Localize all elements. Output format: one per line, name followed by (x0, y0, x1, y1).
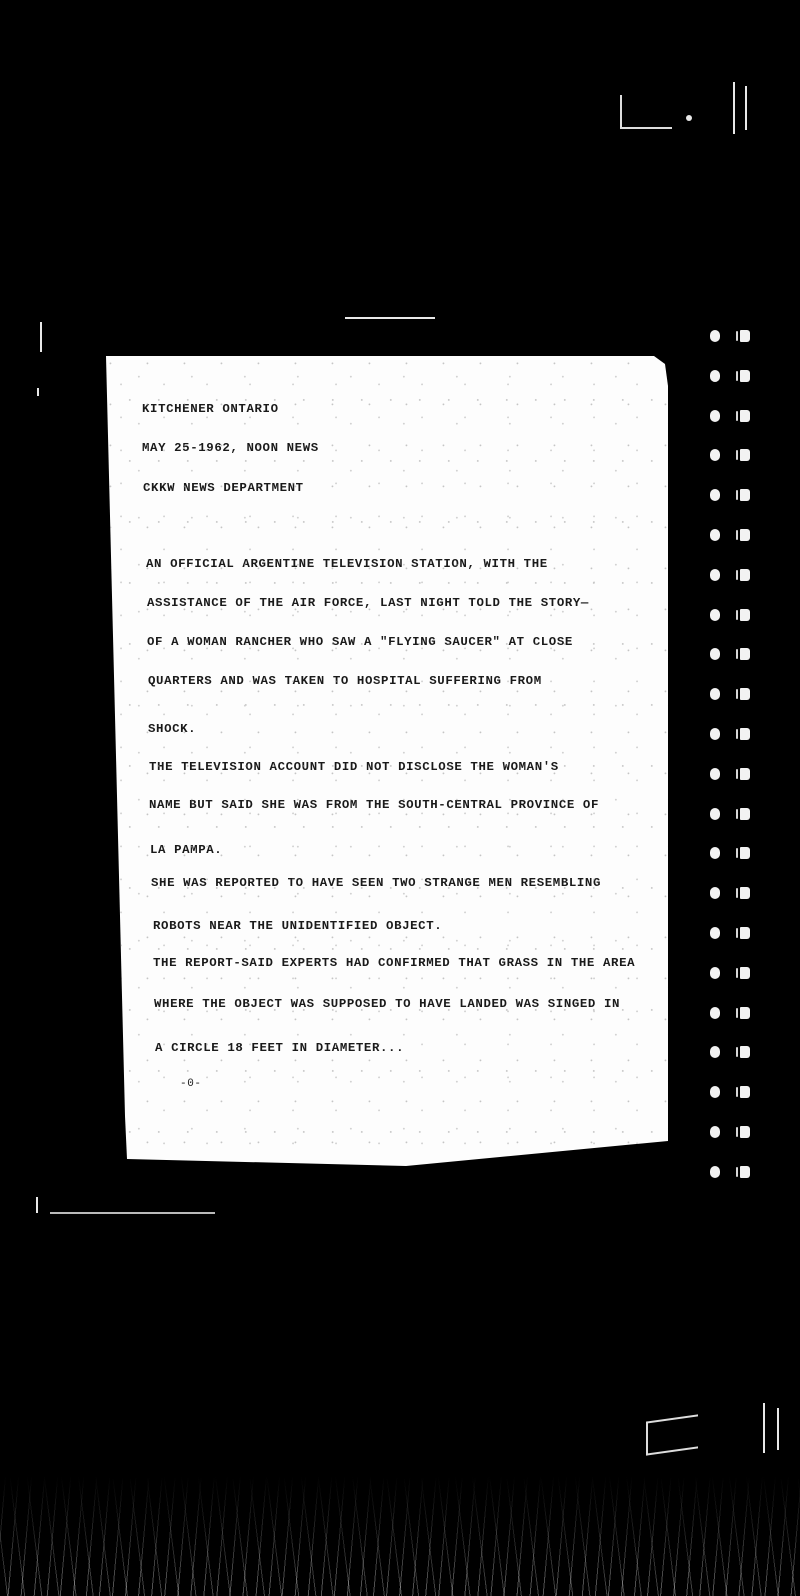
body-line-5: SHOCK. (148, 722, 196, 736)
body-line-8: LA PAMPA. (150, 843, 222, 857)
header-location: KITCHENER ONTARIO (142, 402, 279, 416)
film-speck-top (686, 115, 692, 121)
film-scratch-bottom-1 (763, 1403, 765, 1453)
body-line-12: WHERE THE OBJECT WAS SUPPOSED TO HAVE LA… (154, 997, 620, 1011)
film-line-top (345, 317, 435, 319)
film-scratch-top-1 (733, 82, 735, 134)
film-frame-mark-bottom (646, 1414, 698, 1455)
film-line-bottom (50, 1212, 215, 1214)
film-perforations (706, 330, 756, 1206)
header-source: CKKW NEWS DEPARTMENT (143, 481, 304, 495)
film-scratch-bottom-2 (777, 1408, 779, 1450)
body-line-13: A CIRCLE 18 FEET IN DIAMETER... (155, 1041, 404, 1055)
header-dateline: MAY 25-1962, NOON NEWS (142, 441, 319, 455)
film-frame-mark-top (620, 95, 672, 129)
body-line-7: NAME BUT SAID SHE WAS FROM THE SOUTH-CEN… (149, 798, 599, 812)
body-line-6: THE TELEVISION ACCOUNT DID NOT DISCLOSE … (149, 760, 559, 774)
film-scratch-left-1 (40, 322, 42, 352)
body-line-11: THE REPORT-SAID EXPERTS HAD CONFIRMED TH… (153, 956, 635, 970)
document-page: KITCHENER ONTARIO MAY 25-1962, NOON NEWS… (106, 356, 668, 1166)
film-grain-bottom (0, 1476, 800, 1596)
film-scratch-bottom-left (36, 1197, 38, 1213)
film-scratch-top-2 (745, 86, 747, 130)
end-mark: -0- (180, 1078, 202, 1090)
body-line-2: ASSISTANCE OF THE AIR FORCE, LAST NIGHT … (147, 596, 589, 610)
body-line-9: SHE WAS REPORTED TO HAVE SEEN TWO STRANG… (151, 876, 601, 890)
body-line-4: QUARTERS AND WAS TAKEN TO HOSPITAL SUFFE… (148, 674, 542, 688)
body-line-1: AN OFFICIAL ARGENTINE TELEVISION STATION… (146, 557, 548, 571)
body-line-10: ROBOTS NEAR THE UNIDENTIFIED OBJECT. (153, 919, 442, 933)
body-line-3: OF A WOMAN RANCHER WHO SAW A "FLYING SAU… (147, 635, 573, 649)
film-scratch-left-2 (37, 388, 39, 396)
